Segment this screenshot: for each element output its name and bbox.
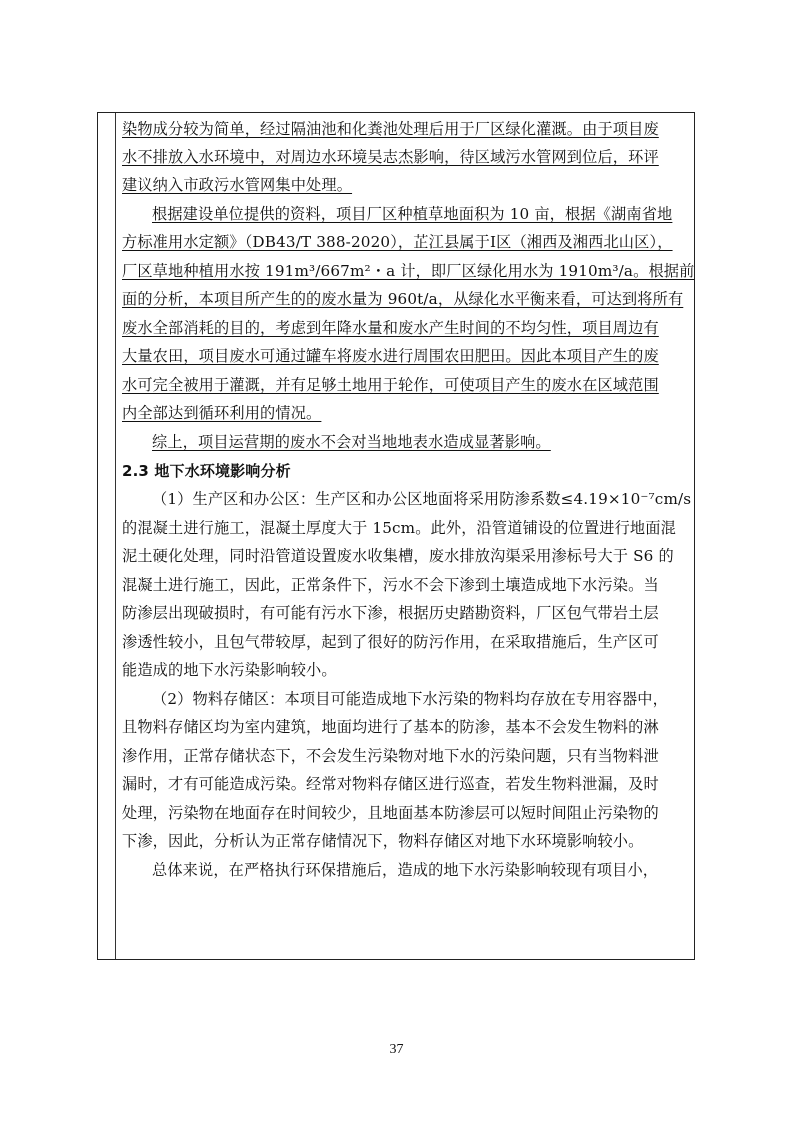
text-line: 下渗，因此，分析认为正常存储情况下，物料存储区对地下水环境影响较小。	[122, 831, 643, 851]
text-line: 漏时，才有可能造成污染。经常对物料存储区进行巡查，若发生物料泄漏，及时	[122, 774, 659, 794]
page-number: 37	[0, 1042, 793, 1058]
text-line: 建议纳入市政污水管网集中处理。	[122, 175, 352, 195]
table-label-column	[98, 113, 116, 959]
text-line: 大量农田，项目废水可通过罐车将废水进行周围农田肥田。因此本项目产生的废	[122, 346, 659, 366]
text-line: 厂区草地种植用水按 191m³/667m²・a 计，即厂区绿化用水为 1910m…	[122, 261, 694, 281]
text-line: 水不排放入水环境中，对周边水环境吴志杰影响，待区域污水管网到位后，环评	[122, 147, 659, 167]
text-line: 染物成分较为简单，经过隔油池和化粪池处理后用于厂区绿化灌溉。由于项目废	[122, 119, 659, 139]
text-line: 且物料存储区均为室内建筑，地面均进行了基本的防渗，基本不会发生物料的淋	[122, 717, 659, 737]
text-line: 泥土硬化处理，同时沿管道设置废水收集槽，废水排放沟渠采用渗标号大于 S6 的	[122, 546, 674, 566]
text-line: 处理，污染物在地面存在时间较少，且地面基本防渗层可以短时间阻止污染物的	[122, 803, 659, 823]
text-line: 总体来说，在严格执行环保措施后，造成的地下水污染影响较现有项目小，	[122, 860, 658, 880]
text-line: 方标准用水定额》（DB43/T 388-2020），芷江县属于Ⅰ区（湘西及湘西北…	[122, 232, 673, 252]
text-line: 综上，项目运营期的废水不会对当地地表水造成显著影响。	[122, 432, 551, 452]
document-page: 染物成分较为简单，经过隔油池和化粪池处理后用于厂区绿化灌溉。由于项目废水不排放入…	[0, 0, 793, 1122]
text-line: 面的分析，本项目所产生的的废水量为 960t/a，从绿化水平衡来看，可达到将所有	[122, 289, 683, 309]
content-table: 染物成分较为简单，经过隔油池和化粪池处理后用于厂区绿化灌溉。由于项目废水不排放入…	[97, 112, 695, 960]
text-line: 能造成的地下水污染影响较小。	[122, 660, 337, 680]
text-line: 的混凝土进行施工，混凝土厚度大于 15cm。此外，沿管道铺设的位置进行地面混	[122, 518, 676, 538]
text-line: 渗透性较小，且包气带较厚，起到了很好的防污作用，在采取措施后，生产区可	[122, 632, 659, 652]
text-line: 混凝土进行施工，因此，正常条件下，污水不会下渗到土壤造成地下水污染。当	[122, 575, 659, 595]
text-line: 水可完全被用于灌溉，并有足够土地用于轮作，可使项目产生的废水在区域范围	[122, 375, 659, 395]
section-heading: 2.3 地下水环境影响分析	[122, 461, 291, 481]
text-line: 废水全部消耗的目的，考虑到年降水量和废水产生时间的不均匀性，项目周边有	[122, 318, 659, 338]
text-line: 渗作用，正常存储状态下，不会发生污染物对地下水的污染问题，只有当物料泄	[122, 746, 659, 766]
text-line: （2）物料存储区：本项目可能造成地下水污染的物料均存放在专用容器中，	[122, 689, 668, 709]
text-line: 根据建设单位提供的资料，项目厂区种植草地面积为 10 亩，根据《湖南省地	[122, 204, 672, 224]
text-line: 防渗层出现破损时，有可能有污水下渗，根据历史踏勘资料，厂区包气带岩土层	[122, 603, 659, 623]
text-line: （1）生产区和办公区：生产区和办公区地面将采用防渗系数≤4.19×10⁻⁷cm/…	[122, 489, 691, 509]
text-line: 内全部达到循环利用的情况。	[122, 403, 321, 423]
